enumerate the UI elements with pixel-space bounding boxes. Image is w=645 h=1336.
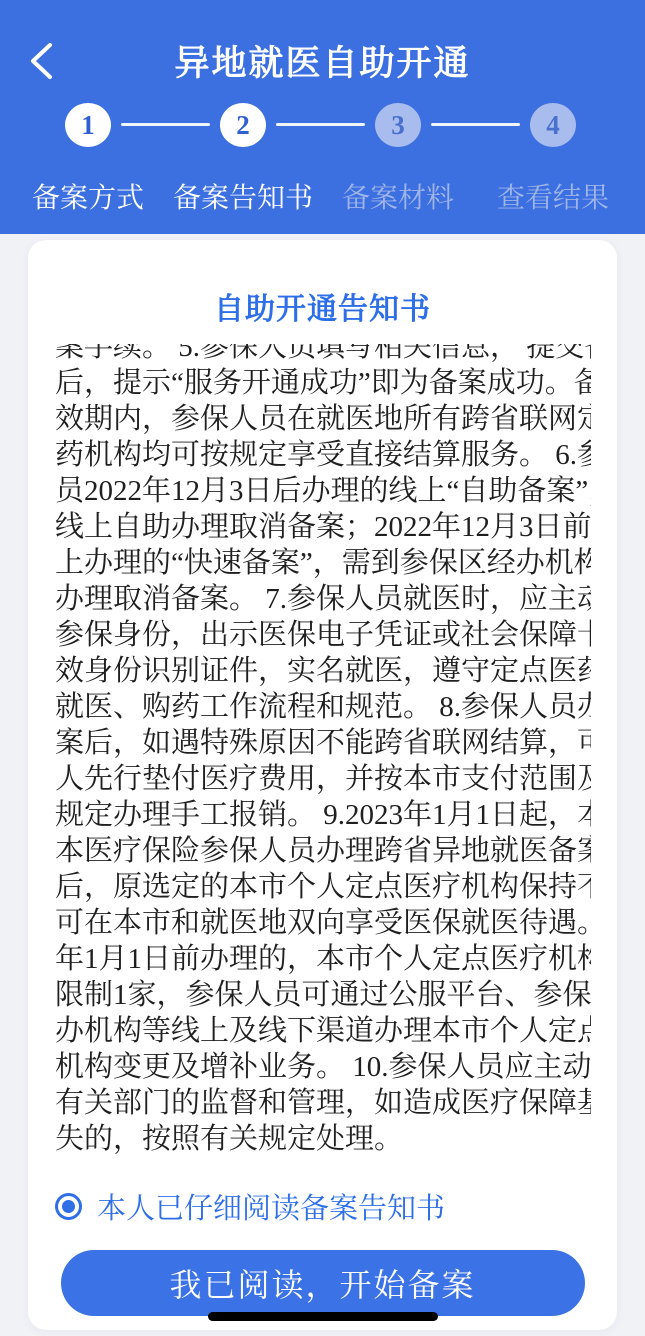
step-label-1[interactable]: 备案方式 [32,176,144,216]
notice-line: 案后，如遇特殊原因不能跨省联网结算，可由个 [55,725,591,761]
radio-selected-icon[interactable] [55,1193,82,1220]
notice-card: 自助开通告知书 案手续。 5.参保人员填写相关信息， 提交备案 后，提示“服务开… [28,240,617,1330]
home-indicator-handle[interactable] [208,1312,438,1321]
step-connector [431,123,520,126]
notice-line: 人先行垫付医疗费用，并按本市支付范围及有关 [55,761,591,797]
step-label-4[interactable]: 查看结果 [497,176,609,216]
app-screen: 异地就医自助开通 1 2 3 4 备案方式 备案告知书 备案材料 查看结果 自助… [0,0,645,1336]
notice-line: 线上自助办理取消备案；2022年12月3日前，线 [55,509,591,545]
step-connector [121,123,210,126]
nav-bar: 异地就医自助开通 [0,34,645,82]
radio-dot [62,1200,75,1213]
notice-line: 后，提示“服务开通成功”即为备案成功。备案有 [55,365,591,401]
step-circle-4[interactable]: 4 [530,103,576,147]
step-circle-1[interactable]: 1 [65,103,111,147]
notice-line: 效身份识别证件，实名就医，遵守定点医药机构 [55,653,591,689]
notice-line: 就医、购药工作流程和规范。 8.参保人员办理备 [55,689,591,725]
notice-line: 后，原选定的本市个人定点医疗机构保持不变， [55,869,591,905]
notice-line: 办理取消备案。 7.参保人员就医时，应主动表明 [55,581,591,617]
step-circle-2[interactable]: 2 [220,103,266,147]
notice-line: 规定办理手工报销。 9.2023年1月1日起，本市基 [55,797,591,833]
notice-title: 自助开通告知书 [28,240,617,328]
notice-line: 参保身份，出示医保电子凭证或社会保障卡等有 [55,617,591,653]
step-label-2[interactable]: 备案告知书 [173,176,313,216]
page-header: 异地就医自助开通 1 2 3 4 备案方式 备案告知书 备案材料 查看结果 [0,0,645,234]
agreement-radio-row[interactable]: 本人已仔细阅读备案告知书 [55,1190,617,1222]
notice-line: 年1月1日前办理的，本市个人定点医疗机构不再 [55,941,591,977]
notice-body: 案手续。 5.参保人员填写相关信息， 提交备案 后，提示“服务开通成功”即为备案… [55,344,591,1157]
notice-scroll-area[interactable]: 案手续。 5.参保人员填写相关信息， 提交备案 后，提示“服务开通成功”即为备案… [55,344,591,1166]
notice-line: 本医疗保险参保人员办理跨省异地就医备案手续 [55,833,591,869]
agreement-label: 本人已仔细阅读备案告知书 [97,1186,445,1227]
notice-line: 员2022年12月3日后办理的线上“自助备案”， 可 [55,473,591,509]
notice-line: 案手续。 5.参保人员填写相关信息， 提交备案 [55,344,591,365]
notice-line: 效期内，参保人员在就医地所有跨省联网定点医 [55,401,591,437]
notice-line: 机构变更及增补业务。 10.参保人员应主动接受 [55,1049,591,1085]
notice-line: 药机构均可按规定享受直接结算服务。 6.参保人 [55,437,591,473]
start-registration-button[interactable]: 我已阅读，开始备案 [61,1250,585,1316]
step-circle-3[interactable]: 3 [375,103,421,147]
notice-line: 上办理的“快速备案”，需到参保区经办机构线下 [55,545,591,581]
notice-line: 限制1家，参保人员可通过公服平台、参保区经 [55,977,591,1013]
step-label-3[interactable]: 备案材料 [342,176,454,216]
notice-line: 可在本市和就医地双向享受医保就医待遇。2023 [55,905,591,941]
notice-line: 失的，按照有关规定处理。 [55,1121,591,1157]
notice-line: 有关部门的监督和管理，如造成医疗保障基金损 [55,1085,591,1121]
page-title: 异地就医自助开通 [0,36,645,86]
notice-line: 办机构等线上及线下渠道办理本市个人定点医疗 [55,1013,591,1049]
step-connector [276,123,365,126]
